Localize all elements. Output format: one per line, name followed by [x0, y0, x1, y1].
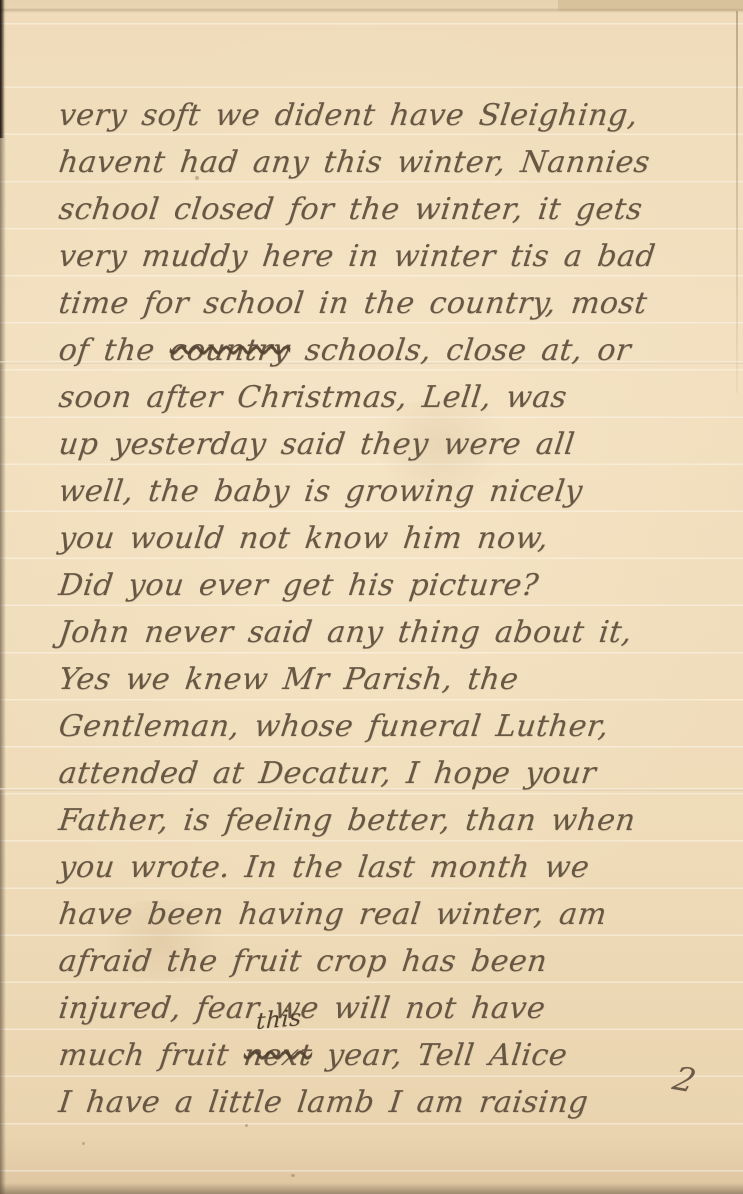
line-text: schools, close at, or	[288, 333, 633, 368]
line-text: of the	[57, 333, 172, 368]
correction: thisnext	[241, 1032, 315, 1079]
line-text: year, Tell Alice	[310, 1038, 570, 1073]
paper-edge-bottom	[0, 1183, 743, 1194]
handwritten-line: Gentleman, whose funeral Luther,	[56, 703, 739, 750]
handwritten-line: very soft we dident have Sleighing,	[56, 92, 739, 139]
handwritten-line: John never said any thing about it,	[56, 609, 739, 656]
handwritten-line: Yes we knew Mr Parish, the	[56, 656, 739, 703]
handwritten-line: afraid the fruit crop has been	[56, 938, 739, 985]
letter-body: very soft we dident have Sleighing, have…	[56, 92, 733, 1126]
handwritten-line: have been having real winter, am	[56, 891, 739, 938]
handwritten-line: very muddy here in winter tis a bad	[56, 233, 739, 280]
handwritten-line: much fruit thisnext year, Tell Alice	[56, 1032, 739, 1079]
handwritten-line: I have a little lamb I am raising	[56, 1079, 739, 1126]
paper-speck	[291, 1174, 295, 1177]
letter-page: very soft we dident have Sleighing, have…	[0, 0, 743, 1194]
handwritten-line: of the country schools, close at, or	[56, 327, 739, 374]
handwritten-line: up yesterday said they were all	[56, 421, 739, 468]
handwritten-line: injured, fear we will not have	[56, 985, 739, 1032]
handwritten-line: havent had any this winter, Nannies	[56, 139, 739, 186]
handwritten-line: school closed for the winter, it gets	[56, 186, 739, 233]
handwritten-line: attended at Decatur, I hope your	[56, 750, 739, 797]
struck-word: next	[242, 1038, 314, 1073]
struck-word: country	[168, 333, 293, 368]
handwritten-line: Father, is feeling better, than when	[56, 797, 739, 844]
inserted-word: this	[256, 1005, 302, 1035]
handwritten-line: time for school in the country, most	[56, 280, 739, 327]
line-text: much fruit	[57, 1038, 246, 1073]
handwritten-line: Did you ever get his picture?	[56, 562, 739, 609]
handwritten-line: well, the baby is growing nicely	[56, 468, 739, 515]
handwritten-line: you would not know him now,	[56, 515, 739, 562]
paper-edge-left	[0, 0, 6, 1194]
paper-edge-left-dark	[0, 0, 4, 138]
handwritten-line: soon after Christmas, Lell, was	[56, 374, 739, 421]
paper-speck	[82, 1142, 85, 1145]
paper-corner-top-right	[558, 0, 743, 11]
handwritten-line: you wrote. In the last month we	[56, 844, 739, 891]
